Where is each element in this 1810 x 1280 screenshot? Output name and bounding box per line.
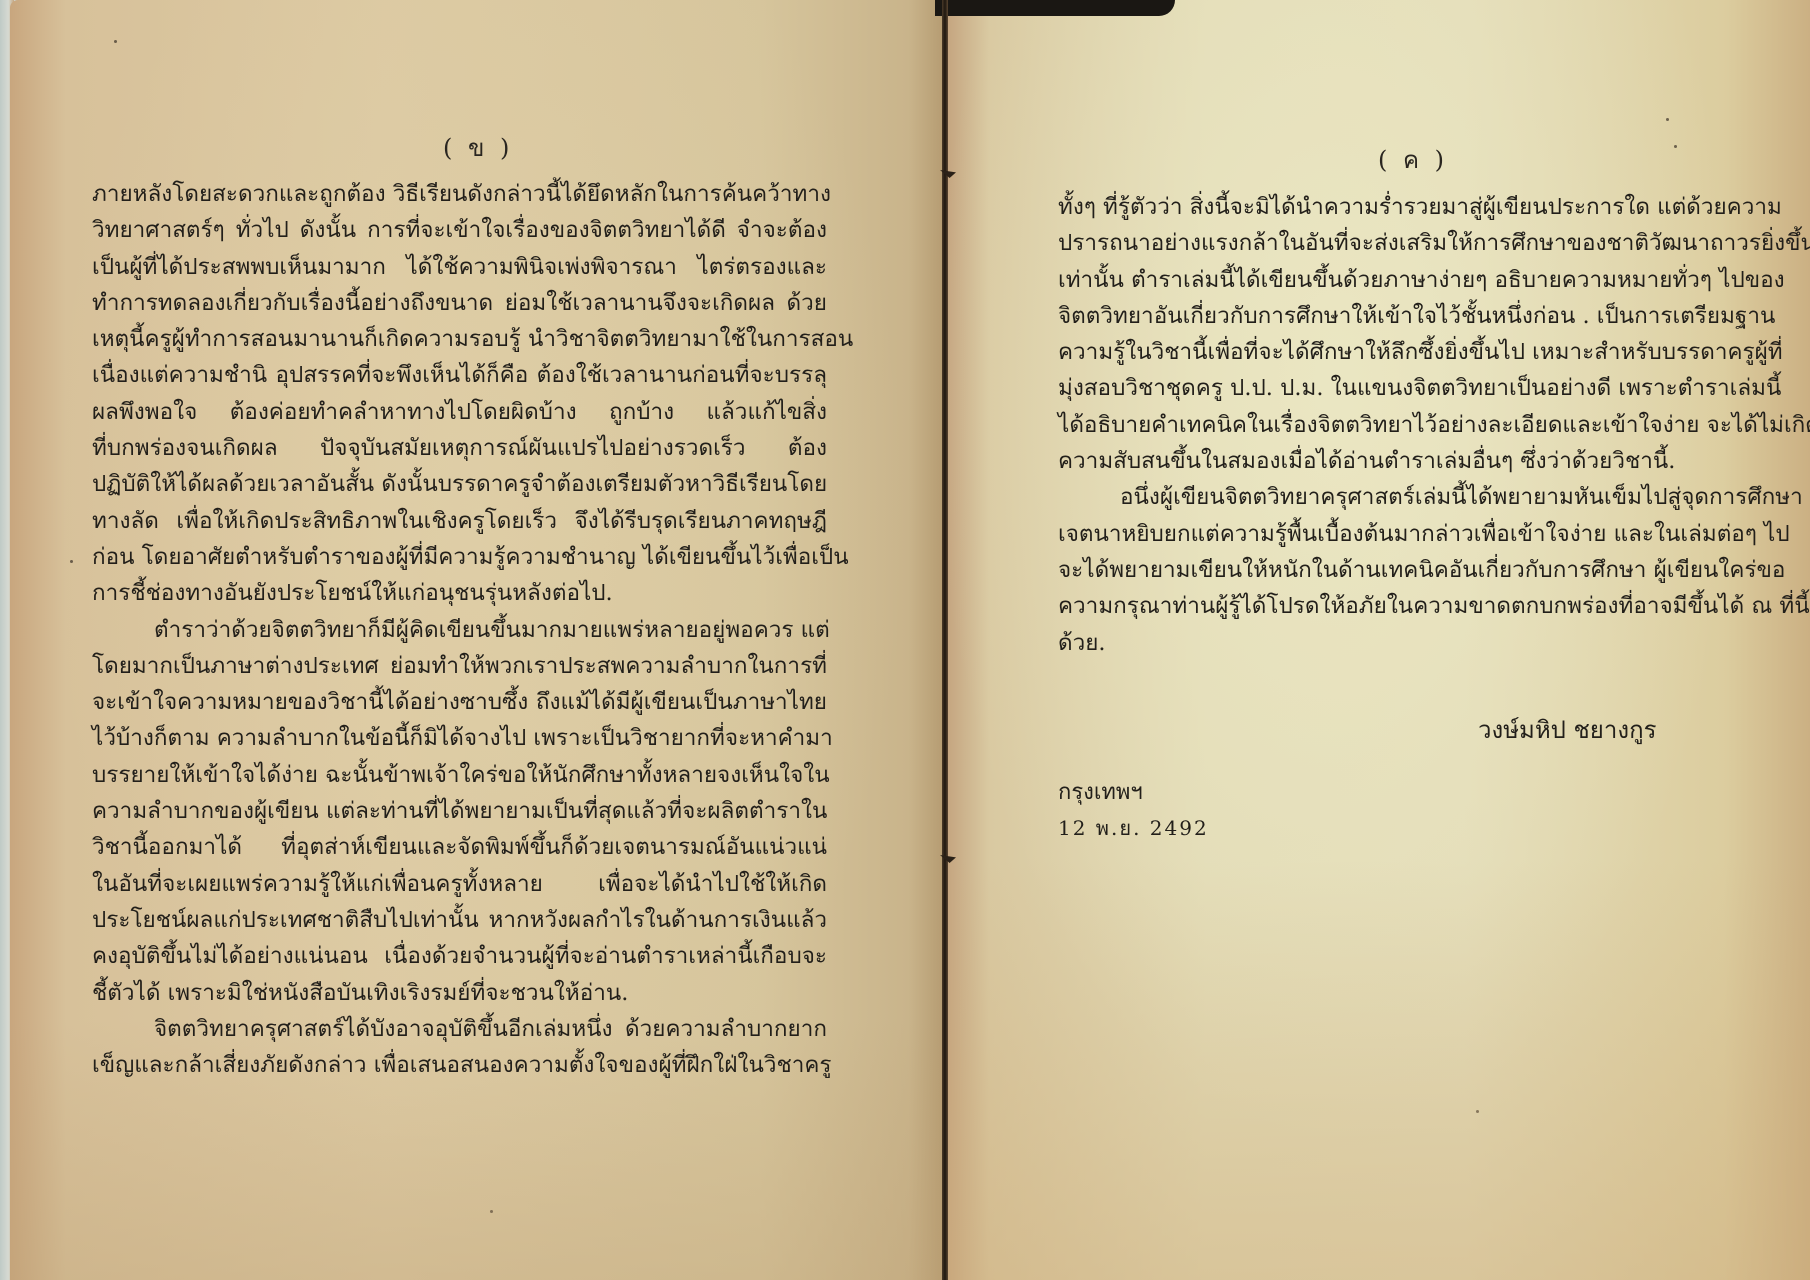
page-number-left: ( ข ): [443, 128, 513, 167]
text-line: วิทยาศาสตร์ๆ ทั่วไป ดังนั้น การที่จะเข้า…: [92, 212, 827, 248]
text-line: ปรารถนาอย่างแรงกล้าในอันที่จะส่งเสริมให้…: [1058, 225, 1722, 261]
text-line: ทำการทดลองเกี่ยวกับเรื่องนี้อย่างถึงขนาด…: [92, 285, 827, 321]
place-of-writing: กรุงเทพฯ: [1058, 774, 1143, 809]
text-line: ความสับสนขึ้นในสมองเมื่อได้อ่านตำราเล่มอ…: [1058, 443, 1722, 479]
text-line: จะได้พยายามเขียนให้หนักในด้านเทคนิคอันเก…: [1058, 552, 1722, 588]
text-line: ภายหลังโดยสะดวกและถูกต้อง วิธีเรียนดังกล…: [92, 176, 827, 212]
paragraph-start: จิตตวิทยาครุศาสตร์ได้บังอาจอุบัติขึ้นอีก…: [92, 1011, 827, 1047]
paragraph-start: อนึ่งผู้เขียนจิตตวิทยาครุศาสตร์เล่มนี้ได…: [1058, 479, 1722, 515]
text-line: เนื่องแต่ความชำนิ อุปสรรคที่จะพึงเห็นได้…: [92, 357, 827, 393]
text-line: เหตุนี้ครูผู้ทำการสอนมานานก็เกิดความรอบร…: [92, 321, 827, 357]
text-line: การชี้ช่องทางอันยังประโยชน์ให้แก่อนุชนรุ…: [92, 575, 827, 611]
text-line: วิชานี้ออกมาได้ ที่อุตส่าห์เขียนและจัดพิ…: [92, 829, 827, 865]
author-signature: วงษ์มหิป ชยางกูร: [1478, 710, 1657, 749]
text-line: ก่อน โดยอาศัยตำหรับตำราของผู้ที่มีความรู…: [92, 539, 827, 575]
text-line: คงอุบัติขึ้นไม่ได้อย่างแน่นอน เนื่องด้วย…: [92, 938, 827, 974]
text-line: ความลำบากของผู้เขียน แต่ละท่านที่ได้พยาย…: [92, 793, 827, 829]
text-line: ที่บกพร่องจนเกิดผล ปัจจุบันสมัยเหตุการณ์…: [92, 430, 827, 466]
text-line: ประโยชน์ผลแก่ประเทศชาติสืบไปเท่านั้น หาก…: [92, 902, 827, 938]
text-line: โดยมากเป็นภาษาต่างประเทศ ย่อมทำให้พวกเรา…: [92, 648, 827, 684]
text-line: มุ่งสอบวิชาชุดครู ป.ป. ป.ม. ในแขนงจิตตวิ…: [1058, 370, 1722, 406]
text-line: บรรยายให้เข้าใจได้ง่าย ฉะนั้นข้าพเจ้าใคร…: [92, 757, 827, 793]
text-line: ไว้บ้างก็ตาม ความลำบากในข้อนี้ก็มิได้จาง…: [92, 720, 827, 756]
text-line: ผลพึงพอใจ ต้องค่อยทำคลำหาทางไปโดยผิดบ้าง…: [92, 394, 827, 430]
text-line: เข็ญและกล้าเสี่ยงภัยดังกล่าว เพื่อเสนอสน…: [92, 1047, 827, 1083]
paragraph-start: ตำราว่าด้วยจิตตวิทยาก็มีผู้คิดเขียนขึ้นม…: [92, 612, 827, 648]
text-line: ชี้ตัวได้ เพราะมิใช่หนังสือบันเทิงเริงรม…: [92, 975, 827, 1011]
book-spine: [942, 0, 948, 1280]
text-line: ทั้งๆ ที่รู้ตัวว่า สิ่งนี้จะมิได้นำความร…: [1058, 189, 1722, 225]
spine-shadow: [935, 0, 1175, 16]
text-line: จิตตวิทยาอันเกี่ยวกับการศึกษาให้เข้าใจไว…: [1058, 298, 1722, 334]
text-line: เจตนาหยิบยกแต่ความรู้พื้นเบื้องต้นมากล่า…: [1058, 516, 1722, 552]
text-line: ด้วย.: [1058, 625, 1722, 661]
text-line: เท่านั้น ตำราเล่มนี้ได้เขียนขึ้นด้วยภาษา…: [1058, 262, 1722, 298]
book-spread: ( ข ) ภายหลังโดยสะดวกและถูกต้อง วิธีเรีย…: [0, 0, 1810, 1280]
date-of-writing: 12 พ.ย. 2492: [1058, 812, 1209, 844]
text-line: ปฏิบัติให้ได้ผลด้วยเวลาอันสั้น ดังนั้นบร…: [92, 466, 827, 502]
text-line: ความกรุณาท่านผู้รู้ได้โปรดให้อภัยในความข…: [1058, 588, 1722, 624]
text-line: ความรู้ในวิชานี้เพื่อที่จะได้ศึกษาให้ลึก…: [1058, 334, 1722, 370]
text-line: จะเข้าใจความหมายของวิชานี้ได้อย่างซาบซึ้…: [92, 684, 827, 720]
text-line: ในอันที่จะเผยแพร่ความรู้ให้แก่เพื่อนครูท…: [92, 866, 827, 902]
text-line: ทางลัด เพื่อให้เกิดประสิทธิภาพในเชิงครูโ…: [92, 503, 827, 539]
text-line: ได้อธิบายคำเทคนิคในเรื่องจิตตวิทยาไว้อย่…: [1058, 407, 1722, 443]
right-page-body: ทั้งๆ ที่รู้ตัวว่า สิ่งนี้จะมิได้นำความร…: [1058, 189, 1722, 661]
page-number-right: ( ค ): [1378, 140, 1448, 179]
text-line: เป็นผู้ที่ได้ประสพพบเห็นมามาก ได้ใช้ความ…: [92, 249, 827, 285]
left-page-body: ภายหลังโดยสะดวกและถูกต้อง วิธีเรียนดังกล…: [92, 176, 827, 1083]
